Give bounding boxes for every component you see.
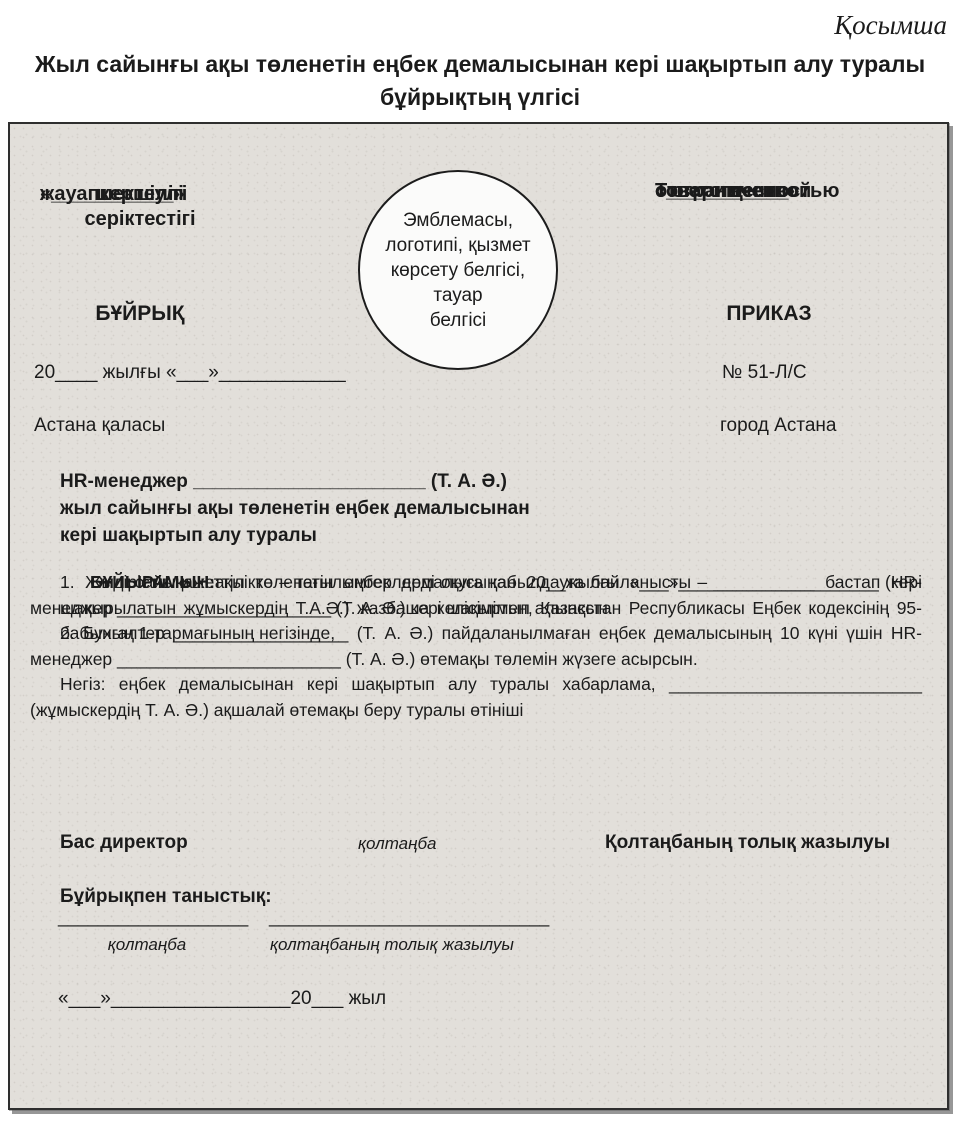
page-title-line1: Жыл сайынғы ақы төленетін еңбек демалысы… [0,48,960,81]
page-title-line2: бұйрықтың үлгісі [0,81,960,114]
emblem-text-line5: белгісі [430,308,487,333]
company-name-ru-blank: «___________» [655,178,800,204]
city-kz: Астана қаласы [34,415,165,437]
emblem-text-line2: логотипі, қызмет [385,233,530,258]
acknowledgement-signature-line: ___________________ [58,905,248,929]
order-subject-line1: HR-менеджер ______________________ (Т. А… [60,468,620,495]
acknowledgement-fullname-line: ____________________________ [269,905,549,929]
acknowledgement-signature-label: қолтаңба [58,935,236,955]
order-label-kz: БҰЙРЫҚ [40,302,240,326]
emblem-text-line3: көрсету белгісі, [391,258,525,283]
order-body-basis: Негіз: еңбек демалысынан кері шақыртып а… [30,672,922,723]
director-signature-label: қолтаңба [358,834,437,854]
acknowledgement-fullname-label: қолтаңбаның толық жазылуы [270,935,514,955]
acknowledgement-date-field: «___»_________________20___ жыл [58,988,386,1010]
order-form-document: «___________» жауапкершілігі шектеулі се… [8,122,949,1110]
emblem-text-line1: Эмблемасы, [403,208,513,233]
page-title: Жыл сайынғы ақы төленетін еңбек демалысы… [0,48,960,114]
emblem-text-line4: тауар [433,283,482,308]
director-fullname-label: Қолтаңбаның толық жазылуы [605,832,890,854]
order-subject: HR-менеджер ______________________ (Т. А… [60,468,620,549]
order-subject-line3: кері шақыртып алу туралы [60,522,620,549]
company-name-kz-line3: шектеулі серіктестігі [40,182,240,232]
order-body: Өндірістік қажеттілікке – тағылымгерлерд… [30,570,922,723]
order-body-command-word: БҰЙЫРАМЫН: [60,570,215,596]
order-label-ru: ПРИКАЗ [655,302,883,326]
order-date-field: 20____ жылғы «___»____________ [34,362,346,384]
order-number: № 51-Л/С [722,362,807,384]
director-title: Бас директор [60,832,188,854]
annex-label: Қосымша [834,10,947,41]
city-ru: город Астана [720,415,836,437]
order-subject-line2: жыл сайынғы ақы төленетін еңбек демалысы… [60,495,620,522]
emblem-circle: Эмблемасы, логотипі, қызмет көрсету белг… [358,170,558,370]
